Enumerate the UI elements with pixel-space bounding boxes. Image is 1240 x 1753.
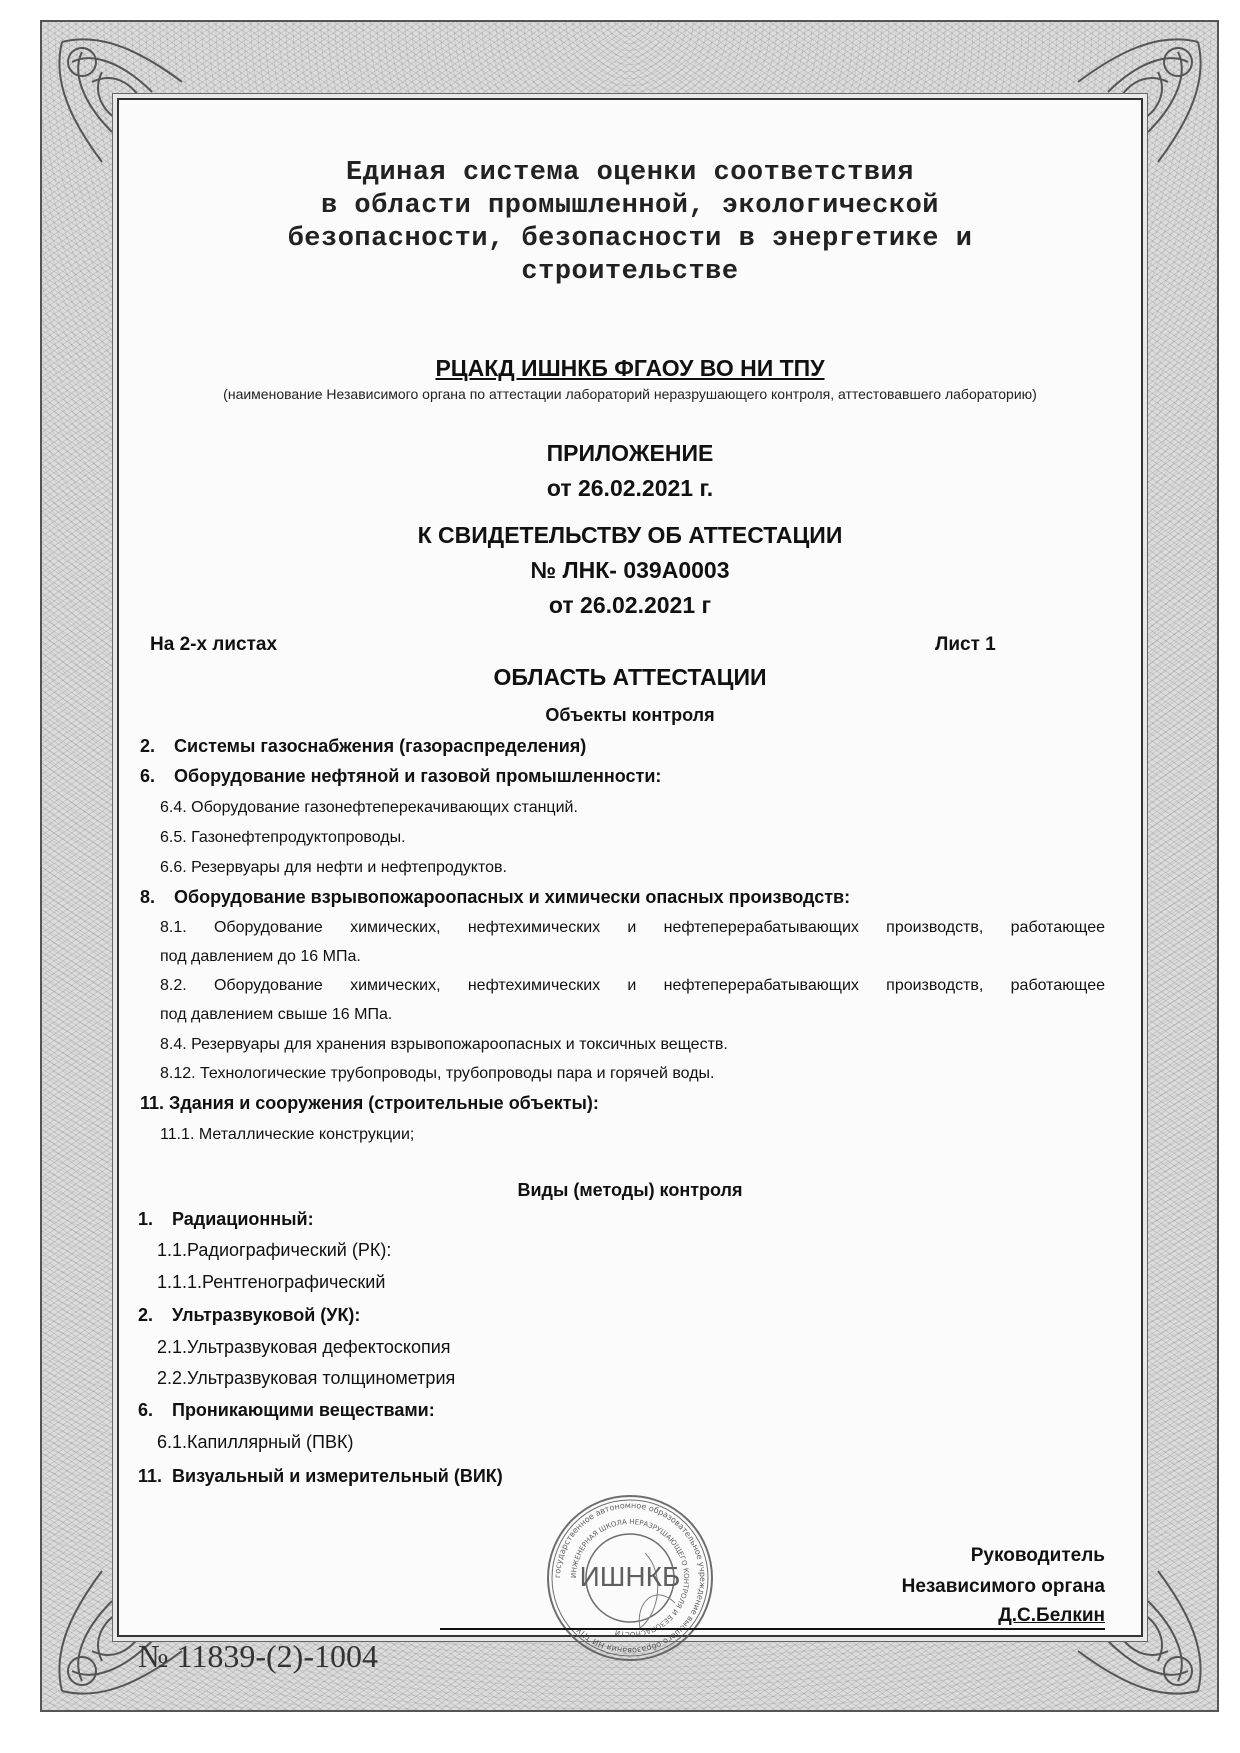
- header-line-3: безопасности, безопасности в энергетике …: [117, 224, 1143, 254]
- object-subitem: 6.4. Оборудование газонефтеперекачивающи…: [160, 799, 578, 817]
- method-subitem: 2.1.Ультразвуковая дефектоскопия: [157, 1337, 451, 1358]
- form-serial-number: № 11839-(2)-1004: [138, 1638, 378, 1675]
- object-subitem: под давлением до 16 МПа.: [160, 948, 361, 966]
- sheet-number: Лист 1: [935, 634, 996, 656]
- stamp-center-text: ИШНКБ: [545, 1561, 715, 1593]
- object-subitem: 8.12. Технологические трубопроводы, труб…: [160, 1065, 715, 1083]
- object-subitem: 6.5. Газонефтепродуктопроводы.: [160, 829, 406, 847]
- object-subitem: под давлением свыше 16 МПа.: [160, 1006, 392, 1024]
- object-subitem: 8.1. Оборудование химических, нефтехимич…: [160, 919, 1105, 937]
- signer-name: Д.С.Белкин: [998, 1605, 1105, 1627]
- method-item: 6.Проникающими веществами:: [138, 1400, 435, 1421]
- methods-title: Виды (методы) контроля: [117, 1180, 1143, 1201]
- organization-caption: (наименование Независимого органа по атт…: [117, 386, 1143, 402]
- signer-role-line-2: Независимого органа: [902, 1576, 1105, 1598]
- certificate-number: № ЛНК- 039А0003: [117, 557, 1143, 584]
- method-subitem: 1.1.Радиографический (РК):: [157, 1240, 391, 1261]
- header-line-2: в области промышленной, экологической: [117, 191, 1143, 221]
- objects-title: Объекты контроля: [117, 705, 1143, 726]
- appendix-date: от 26.02.2021 г.: [117, 475, 1143, 502]
- appendix-title: ПРИЛОЖЕНИЕ: [117, 440, 1143, 467]
- object-item: 2.Системы газоснабжения (газораспределен…: [140, 736, 586, 757]
- method-item: 2.Ультразвуковой (УК):: [138, 1305, 360, 1326]
- object-item: 8.Оборудование взрывопожароопасных и хим…: [140, 887, 850, 908]
- object-item: 11. Здания и сооружения (строительные об…: [140, 1093, 599, 1114]
- signer-role-line-1: Руководитель: [971, 1545, 1105, 1567]
- method-item: 1.Радиационный:: [138, 1209, 314, 1230]
- method-subitem: 2.2.Ультразвуковая толщинометрия: [157, 1368, 455, 1389]
- method-item: 11. Визуальный и измерительный (ВИК): [138, 1466, 503, 1487]
- object-subitem: 8.4. Резервуары для хранения взрывопожар…: [160, 1036, 728, 1054]
- object-subitem: 11.1. Металлические конструкции;: [160, 1126, 414, 1144]
- signature-line: [440, 1628, 1105, 1630]
- object-item: 6.Оборудование нефтяной и газовой промыш…: [140, 766, 661, 787]
- certificate-title: К СВИДЕТЕЛЬСТВУ ОБ АТТЕСТАЦИИ: [117, 522, 1143, 549]
- method-subitem: 1.1.1.Рентгенографический: [157, 1272, 385, 1293]
- object-subitem: 6.6. Резервуары для нефти и нефтепродукт…: [160, 859, 507, 877]
- header-line-1: Единая система оценки соответствия: [117, 158, 1143, 188]
- organization-name: РЦАКД ИШНКБ ФГАОУ ВО НИ ТПУ: [117, 355, 1143, 382]
- method-subitem: 6.1.Капиллярный (ПВК): [157, 1432, 353, 1453]
- scope-title: ОБЛАСТЬ АТТЕСТАЦИИ: [117, 664, 1143, 691]
- official-stamp: государственное автономное образовательн…: [545, 1493, 715, 1663]
- sheets-total: На 2-х листах: [150, 634, 277, 656]
- object-subitem: 8.2. Оборудование химических, нефтехимич…: [160, 977, 1105, 995]
- header-line-4: строительстве: [117, 257, 1143, 287]
- certificate-date: от 26.02.2021 г: [117, 592, 1143, 619]
